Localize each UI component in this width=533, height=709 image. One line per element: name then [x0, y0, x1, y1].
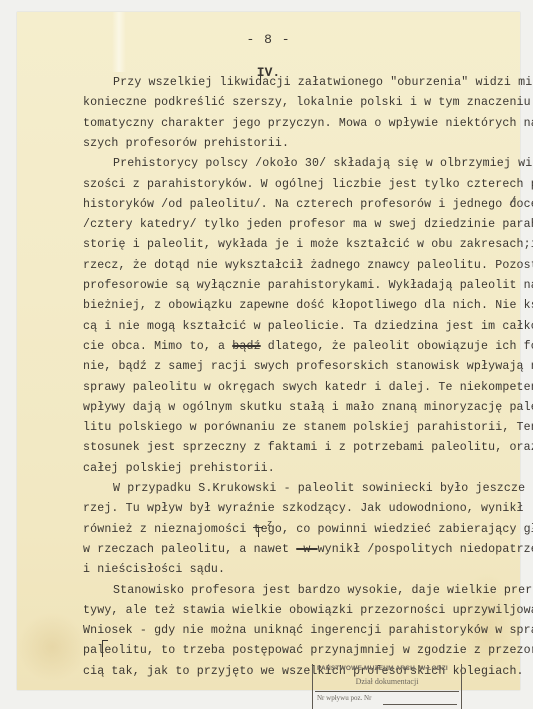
text-line: cą i nie mogą kształcić w paleolicie. Ta… [83, 320, 533, 334]
text-line: sprawy paleolitu w okręgach swych katedr… [83, 381, 533, 395]
text-line: stosunek jest sprzeczny z faktami i z po… [83, 441, 533, 455]
text-line: wpływy dają w ogólnym skutku stałą i mał… [83, 401, 533, 415]
text-line: całej polskiej prehistorii. [83, 462, 275, 476]
text-line: w rzeczach paleolitu, a nawet -w-wynikł … [83, 543, 533, 557]
struck-through-word: -w- [296, 543, 317, 556]
text-line: tywy, ale też stawia wielkie obowiązki p… [83, 604, 533, 618]
stamp-entry-label: Nr wpływu poz. Nr [317, 694, 371, 702]
text-line: profesorowie są wyłącznie parahistorykam… [83, 279, 533, 293]
insertion-bracket-mark [102, 640, 108, 657]
text-line: i nieścisłości sądu. [83, 563, 225, 577]
struck-through-word: bądź [232, 340, 260, 353]
text-line: bieżniej, z obowiązku zapewne dość kłopo… [83, 299, 533, 313]
text-line: cie obca. Mimo to, a bądź dlatego, że pa… [83, 340, 533, 354]
text-line: tomatyczny charakter jego przyczyn. Mowa… [83, 117, 533, 131]
stamp-institution: PAŃSTWOWE MUZEUM ARCH. W ŁODZI [317, 665, 448, 672]
text-line: paleolitu, to trzeba postępować przynajm… [83, 644, 533, 658]
text-line: szych profesorów prehistorii. [83, 137, 289, 151]
text-segment: wynikł /pospolitych niedopatrzeń [318, 543, 533, 556]
text-line: szości z parahistoryków. W ogólnej liczb… [83, 178, 533, 192]
page-number: - 8 - [17, 32, 520, 47]
text-line: Prehistorycy polscy /około 30/ składają … [113, 157, 533, 171]
text-line: Stanowisko profesora jest bardzo wysokie… [113, 584, 533, 598]
text-line: Przy wszelkiej likwidacji załatwionego "… [113, 76, 533, 90]
document-page: - 8 - IV. Przy wszelkiej likwidacji zała… [17, 12, 520, 690]
archive-stamp: PAŃSTWOWE MUZEUM ARCH. W ŁODZI Dział dok… [312, 664, 462, 709]
text-segment: w rzeczach paleolitu, a nawet [83, 543, 296, 556]
text-line: storię i paleolit, wykłada je i może ksz… [83, 238, 533, 252]
text-line: Wniosek - gdy nie można uniknąć ingerenc… [83, 624, 533, 638]
text-line: konieczne podkreślić szerszy, lokalnie p… [83, 96, 533, 110]
text-line: nie, bądź z samej racji swych profesorsk… [83, 360, 533, 374]
text-line: również z nieznajomości tego, co powinni… [83, 523, 533, 537]
paper-stain [17, 612, 87, 682]
handwritten-insert-mark: z [267, 519, 272, 529]
text-line: rzecz, że dotąd nie wykształcił żadnego … [83, 259, 533, 273]
text-line: rzej. Tu wpływ był wyraźnie szkodzący. J… [83, 502, 524, 516]
text-line: historyków /od paleolitu/. Na czterech p… [83, 198, 533, 212]
text-line: litu polskiego w porównaniu ze stanem po… [83, 421, 533, 435]
stamp-department: Dział dokumentacji [313, 677, 461, 686]
text-segment: cie obca. Mimo to, a [83, 340, 232, 353]
margin-slash-mark: / [509, 195, 516, 209]
text-segment: dlatego, że paleolit obowiązuje ich form… [261, 340, 533, 353]
text-line: W przypadku S.Krukowski - paleolit sowin… [113, 482, 533, 496]
text-line: /cztery katedry/ tylko jeden profesor ma… [83, 218, 533, 232]
caret-stem-mark [258, 527, 259, 537]
